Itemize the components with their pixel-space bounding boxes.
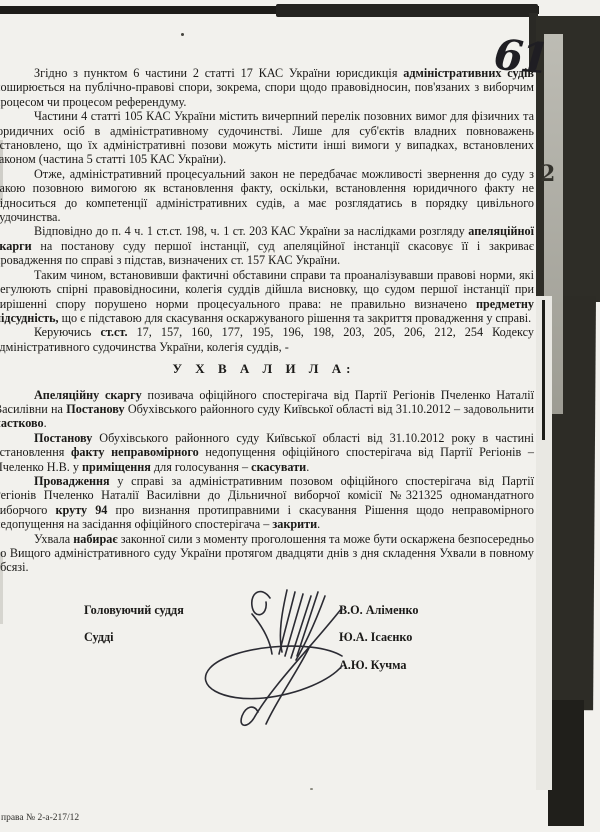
paragraph: Керуючись ст.ст. 17, 157, 160, 177, 195,… bbox=[0, 325, 534, 354]
ruling-heading: У Х В А Л И Л А: bbox=[0, 362, 534, 376]
paragraph: Провадження у справі за адміністративним… bbox=[0, 474, 534, 532]
text-run: Ухвала bbox=[34, 532, 73, 546]
bold-text-run: ст.ст. bbox=[100, 325, 127, 339]
text-run: для голосування – bbox=[151, 460, 251, 474]
text-run: поширюється на публічно-правові спори, з… bbox=[0, 80, 534, 108]
bold-text-run: Постанову bbox=[34, 431, 92, 445]
text-run: Отже, адміністративний процесуальний зак… bbox=[0, 167, 534, 224]
text-run: Керуючись bbox=[34, 325, 100, 339]
paragraph: Відповідно до п. 4 ч. 1 ст.ст. 198, ч. 1… bbox=[0, 224, 534, 267]
paragraph: Згідно з пунктом 6 частини 2 статті 17 К… bbox=[0, 66, 534, 109]
scan-top-edge-band-thick bbox=[276, 4, 538, 17]
bold-text-run: Апеляційну скаргу bbox=[34, 388, 142, 402]
text-run: . bbox=[306, 460, 309, 474]
bold-text-run: адміністративних судів bbox=[403, 66, 534, 80]
bold-text-run: скасувати bbox=[251, 460, 306, 474]
text-run: Обухівського районного суду Київської об… bbox=[125, 402, 534, 416]
handwritten-edge-mark: 2 bbox=[540, 161, 558, 187]
text-run: Згідно з пунктом 6 частини 2 статті 17 К… bbox=[34, 66, 403, 80]
bold-text-run: частково bbox=[0, 416, 44, 430]
paragraph: Ухвала набирає законної сили з моменту п… bbox=[0, 532, 534, 575]
case-number-footer: права № 2-а-217/12 bbox=[1, 813, 79, 823]
bold-text-run: Постанову bbox=[66, 402, 124, 416]
bold-text-run: набирає bbox=[73, 532, 117, 546]
scan-speck bbox=[181, 33, 184, 36]
text-run: Частини 4 статті 105 КАС України містить… bbox=[0, 109, 534, 166]
body-paragraphs-before-ruling: Згідно з пунктом 6 частини 2 статті 17 К… bbox=[0, 66, 534, 354]
body-paragraphs-after-ruling: Апеляційну скаргу позивача офіційного сп… bbox=[0, 388, 534, 575]
text-run: . bbox=[44, 416, 47, 430]
text-run: . bbox=[317, 517, 320, 531]
text-run: Таким чином, встановивши фактичні обстав… bbox=[0, 268, 534, 311]
paragraph: Апеляційну скаргу позивача офіційного сп… bbox=[0, 388, 534, 431]
paragraph: Частини 4 статті 105 КАС України містить… bbox=[0, 109, 534, 167]
bold-text-run: Провадження bbox=[34, 474, 110, 488]
bold-text-run: приміщення bbox=[82, 460, 151, 474]
scan-right-edge-thin-line bbox=[542, 300, 545, 440]
paragraph: Отже, адміністративний процесуальний зак… bbox=[0, 167, 534, 225]
text-run: на постанову суду першої інстанції, суд … bbox=[0, 239, 534, 267]
text-run: Відповідно до п. 4 ч. 1 ст.ст. 198, ч. 1… bbox=[34, 224, 468, 238]
bold-text-run: круту 94 bbox=[55, 503, 107, 517]
text-run: що є підставою для скасування оскаржуван… bbox=[59, 311, 532, 325]
scan-right-edge-band-bottom bbox=[548, 700, 584, 826]
bold-text-run: закрити bbox=[272, 517, 317, 531]
judges-handwritten-signatures bbox=[190, 584, 360, 734]
paragraph: Постанову Обухівського районного суду Ки… bbox=[0, 431, 534, 474]
bold-text-run: факту неправомірного bbox=[71, 445, 199, 459]
scan-speck bbox=[310, 788, 313, 790]
paragraph: Таким чином, встановивши фактичні обстав… bbox=[0, 268, 534, 326]
